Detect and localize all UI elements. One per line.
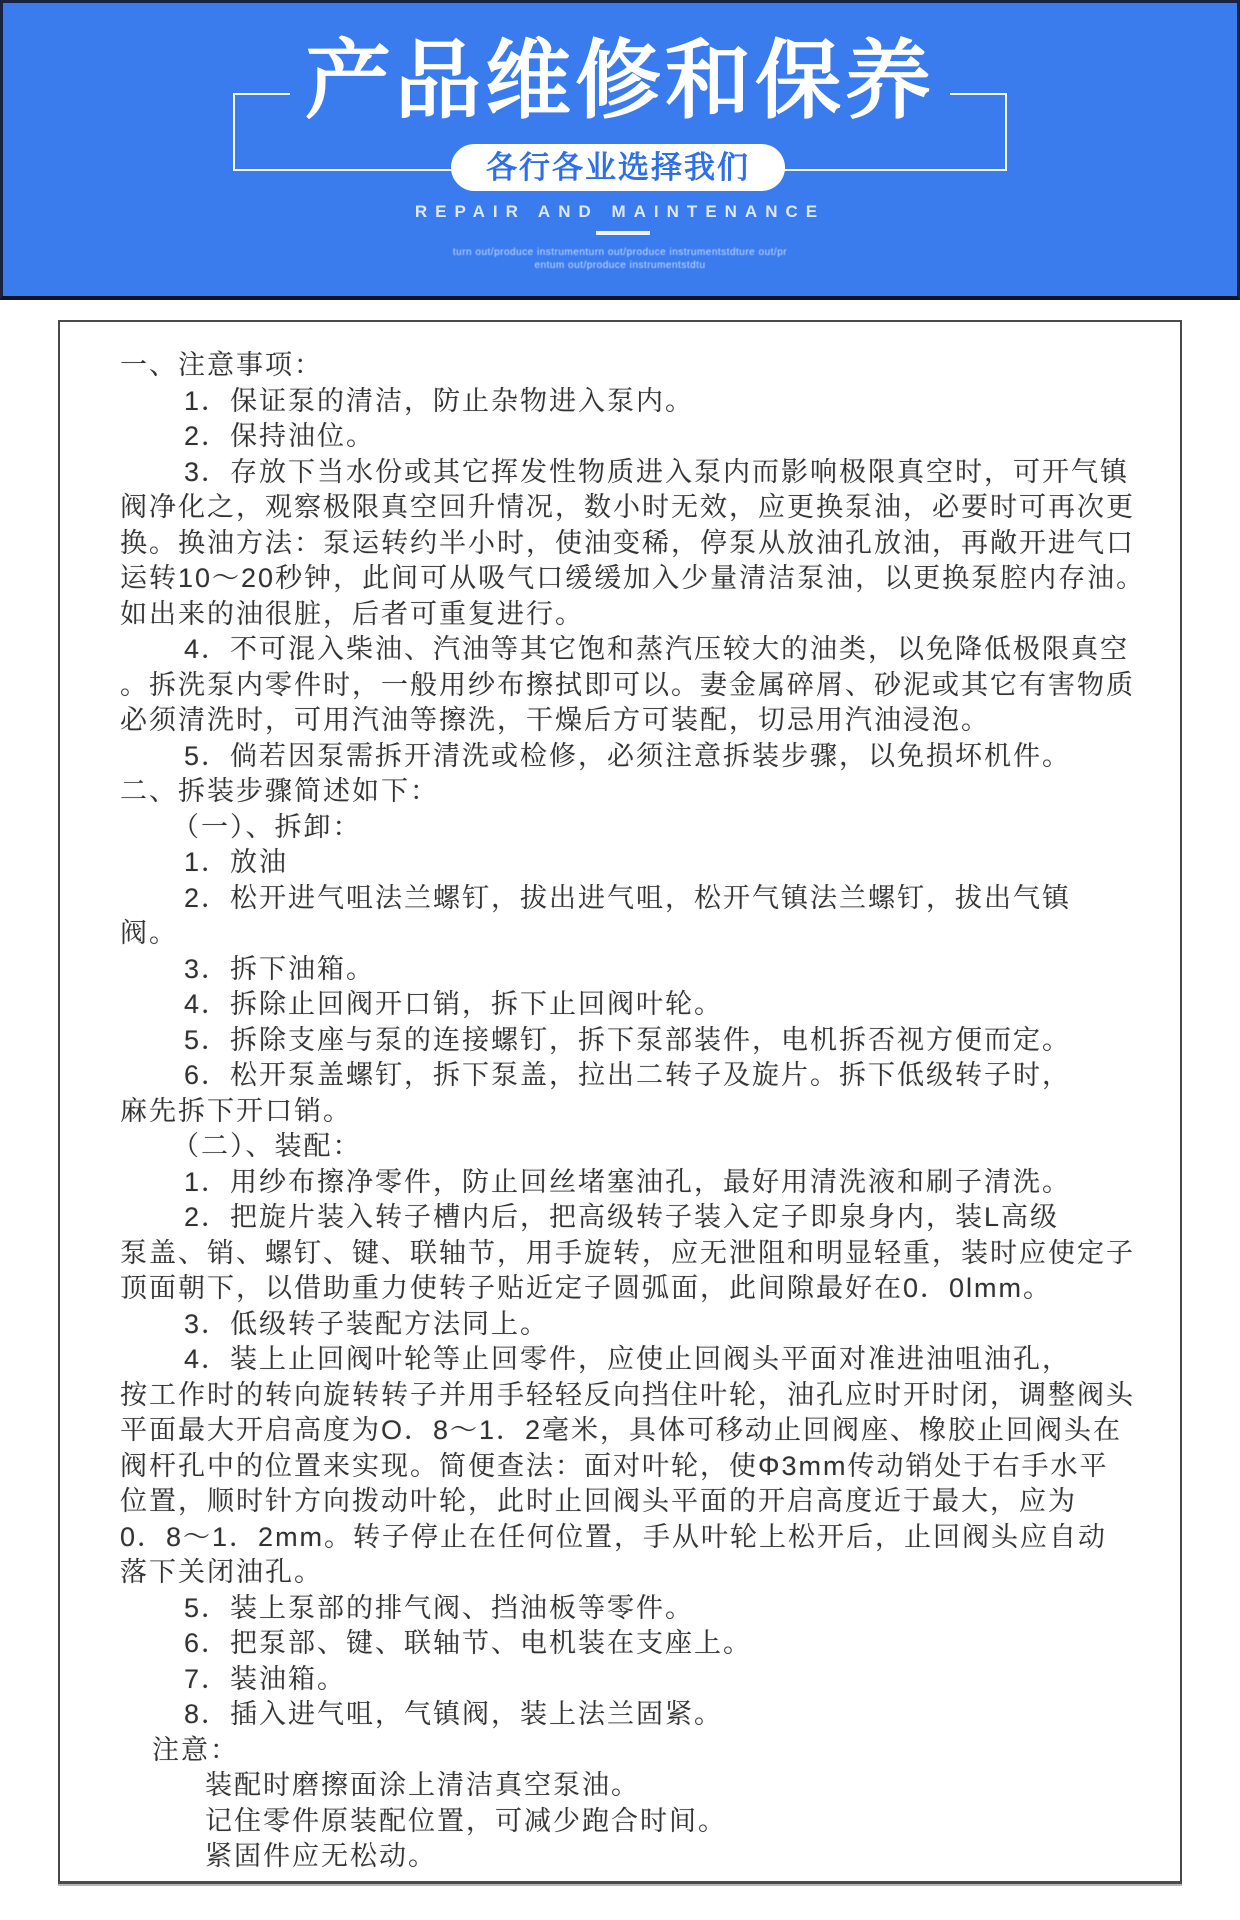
- doc-line: 3．低级转子装配方法同上。: [120, 1307, 1142, 1343]
- doc-line: 麻先拆下开口销。: [120, 1094, 1142, 1130]
- doc-line: 必须清洗时，可用汽油等擦洗，干燥后方可装配，切忌用汽油浸泡。: [120, 703, 1142, 739]
- banner-underline-bar: [596, 231, 650, 235]
- doc-line: 7．装油箱。: [120, 1662, 1142, 1698]
- doc-line: 记住零件原装配位置，可减少跑合时间。: [120, 1804, 1142, 1840]
- doc-line: 换。换油方法：泵运转约半小时，使油变稀，停泵从放油孔放油，再敞开进气口: [120, 526, 1142, 562]
- doc-line: 平面最大开启高度为O．8～1．2毫米，具体可移动止回阀座、橡胶止回阀头在: [120, 1413, 1142, 1449]
- banner-title: 产品维修和保养: [290, 35, 950, 127]
- doc-line: 落下关闭油孔。: [120, 1555, 1142, 1591]
- doc-line: （二）、装配：: [120, 1129, 1142, 1165]
- banner-fineprint: turn out/produce instrumenturn out/produ…: [3, 246, 1237, 272]
- doc-line: 1．保证泵的清洁，防止杂物进入泵内。: [120, 384, 1142, 420]
- doc-line: 8．插入进气咀，气镇阀，装上法兰固紧。: [120, 1697, 1142, 1733]
- doc-line: 3．存放下当水份或其它挥发性物质进入泵内而影响极限真空时，可开气镇: [120, 455, 1142, 491]
- doc-line: 0．8～1．2mm。转子停止在任何位置，手从叶轮上松开后，止回阀头应自动: [120, 1520, 1142, 1556]
- doc-line: 顶面朝下，以借助重力使转子贴近定子圆弧面，此间隙最好在0．0lmm。: [120, 1271, 1142, 1307]
- doc-line: 阀杆孔中的位置来实现。简便查法：面对叶轮，使Φ3mm传动销处于右手水平: [120, 1449, 1142, 1485]
- doc-line: 二、拆装步骤简述如下：: [120, 774, 1142, 810]
- doc-line: 5．装上泵部的排气阀、挡油板等零件。: [120, 1591, 1142, 1627]
- doc-line: 4．拆除止回阀开口销，拆下止回阀叶轮。: [120, 987, 1142, 1023]
- doc-line: 泵盖、销、螺钉、键、联轴节，用手旋转，应无泄阻和明显轻重，装时应使定子: [120, 1236, 1142, 1272]
- banner-english-caption: REPAIR AND MAINTENANCE: [3, 202, 1237, 222]
- doc-line: 。拆洗泵内零件时，一般用纱布擦拭即可以。妻金属碎屑、砂泥或其它有害物质: [120, 668, 1142, 704]
- doc-line: 2．松开进气咀法兰螺钉，拔出进气咀，松开气镇法兰螺钉，拔出气镇: [120, 881, 1142, 917]
- banner: 产品维修和保养 各行各业选择我们 REPAIR AND MAINTENANCE …: [0, 0, 1240, 300]
- doc-line: 5．倘若因泵需拆开清洗或检修，必须注意拆装步骤，以免损坏机件。: [120, 739, 1142, 775]
- banner-fineprint-line1: turn out/produce instrumenturn out/produ…: [3, 246, 1237, 259]
- doc-line: 6．松开泵盖螺钉，拆下泵盖，拉出二转子及旋片。拆下低级转子时，: [120, 1058, 1142, 1094]
- doc-line: 6．把泵部、键、联轴节、电机装在支座上。: [120, 1626, 1142, 1662]
- doc-line: 5．拆除支座与泵的连接螺钉，拆下泵部装件，电机拆否视方便而定。: [120, 1023, 1142, 1059]
- doc-line: 阀。: [120, 916, 1142, 952]
- doc-line: 3．拆下油箱。: [120, 952, 1142, 988]
- doc-line: 位置，顺时针方向拨动叶轮，此时止回阀头平面的开启高度近于最大，应为: [120, 1484, 1142, 1520]
- banner-subtitle-pill: 各行各业选择我们: [451, 144, 785, 191]
- doc-line: 4．装上止回阀叶轮等止回零件，应使止回阀头平面对准进油咀油孔，: [120, 1342, 1142, 1378]
- banner-fineprint-line2: entum out/produce instrumentstdtu: [3, 259, 1237, 272]
- document-box: 一、注意事项：1．保证泵的清洁，防止杂物进入泵内。2．保持油位。3．存放下当水份…: [58, 320, 1182, 1884]
- doc-line: 紧固件应无松动。: [120, 1839, 1142, 1875]
- doc-line: 1．放油: [120, 845, 1142, 881]
- doc-line: 装配时磨擦面涂上清洁真空泵油。: [120, 1768, 1142, 1804]
- document-lines: 一、注意事项：1．保证泵的清洁，防止杂物进入泵内。2．保持油位。3．存放下当水份…: [60, 322, 1180, 1875]
- doc-line: 2．保持油位。: [120, 419, 1142, 455]
- doc-line: 注意：: [120, 1733, 1142, 1769]
- doc-line: 运转10～20秒钟，此间可从吸气口缓缓加入少量清洁泵油，以更换泵腔内存油。: [120, 561, 1142, 597]
- doc-line: 阀净化之，观察极限真空回升情况，数小时无效，应更换泵油，必要时可再次更: [120, 490, 1142, 526]
- doc-line: 2．把旋片装入转子槽内后，把高级转子装入定子即泉身内，装L高级: [120, 1200, 1142, 1236]
- doc-line: 如出来的油很脏，后者可重复进行。: [120, 597, 1142, 633]
- doc-line: 4．不可混入柴油、汽油等其它饱和蒸汽压较大的油类，以免降低极限真空: [120, 632, 1142, 668]
- doc-line: （一）、拆卸：: [120, 810, 1142, 846]
- doc-line: 按工作时的转向旋转转子并用手轻轻反向挡住叶轮，油孔应时开时闭，调整阀头: [120, 1378, 1142, 1414]
- doc-line: 一、注意事项：: [120, 348, 1142, 384]
- doc-line: 1．用纱布擦净零件，防止回丝堵塞油孔，最好用清洗液和刷子清洗。: [120, 1165, 1142, 1201]
